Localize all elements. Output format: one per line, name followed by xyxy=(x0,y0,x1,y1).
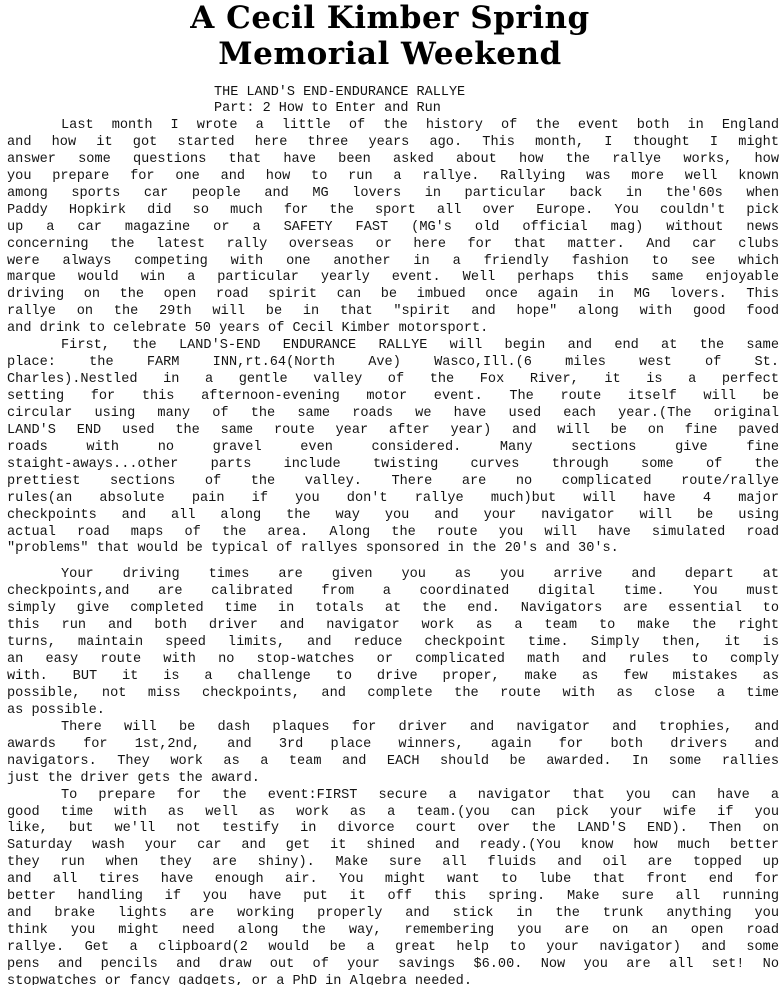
text-line: as possible. xyxy=(7,703,779,720)
text-line: just the driver gets the award. xyxy=(7,771,779,788)
text-line: up a car magazine or a SAFETY FAST (MG's… xyxy=(7,220,779,237)
text-line: an easy route with no stop-watches or co… xyxy=(7,652,779,669)
text-line: Your driving times are given you as you … xyxy=(7,567,779,584)
text-line: Charles).Nestled in a gentle valley of t… xyxy=(7,372,779,389)
text-line: and drink to celebrate 50 years of Cecil… xyxy=(7,321,779,338)
text-line: stopwatches or fancy gadgets, or a PhD i… xyxy=(7,974,779,985)
article-title-line-1: A Cecil Kimber Spring xyxy=(0,0,780,36)
paragraph: First, the LAND'S-END ENDURANCE RALLYE w… xyxy=(7,338,779,558)
text-line: turns, maintain speed limits, and reduce… xyxy=(7,635,779,652)
text-line: were always competing with one another i… xyxy=(7,254,779,271)
paragraph: Your driving times are given you as you … xyxy=(7,567,779,719)
text-line: First, the LAND'S-END ENDURANCE RALLYE w… xyxy=(7,338,779,355)
text-line: staight-aways...other parts include twis… xyxy=(7,457,779,474)
article-body: Last month I wrote a little of the histo… xyxy=(7,118,779,985)
text-line: like, but we'll not testify in divorce c… xyxy=(7,821,779,838)
text-line: Paddy Hopkirk did so much for the sport … xyxy=(7,203,779,220)
text-line: good time with as well as work as a team… xyxy=(7,805,779,822)
article-title-line-2: Memorial Weekend xyxy=(0,36,780,72)
text-line: checkpoints and all along the way you an… xyxy=(7,508,779,525)
article-part-heading: Part: 2 How to Enter and Run xyxy=(214,101,441,116)
text-line: actual road maps of the area. Along the … xyxy=(7,525,779,542)
text-line: roads with no gravel even considered. Ma… xyxy=(7,440,779,457)
text-line: marque would win a particular yearly eve… xyxy=(7,270,779,287)
text-line: possible, not miss checkpoints, and comp… xyxy=(7,686,779,703)
text-line: this run and both driver and navigator w… xyxy=(7,618,779,635)
article-subtitle: THE LAND'S END-ENDURANCE RALLYE xyxy=(214,85,465,100)
text-line: and brake lights are working properly an… xyxy=(7,906,779,923)
text-line: driving on the open road spirit can be i… xyxy=(7,287,779,304)
text-line: simply give completed time in totals at … xyxy=(7,601,779,618)
text-line: place: the FARM INN,rt.64(North Ave) Was… xyxy=(7,355,779,372)
text-line: checkpoints,and are calibrated from a co… xyxy=(7,584,779,601)
paragraph: Last month I wrote a little of the histo… xyxy=(7,118,779,338)
text-line: rallye. Get a clipboard(2 would be a gre… xyxy=(7,940,779,957)
paragraph-spacer xyxy=(7,558,779,567)
text-line: circular using many of the same roads we… xyxy=(7,406,779,423)
text-line: To prepare for the event:FIRST secure a … xyxy=(7,788,779,805)
paragraph: There will be dash plaques for driver an… xyxy=(7,720,779,788)
text-line: with. BUT it is a challenge to drive pro… xyxy=(7,669,779,686)
text-line: among sports car people and MG lovers in… xyxy=(7,186,779,203)
text-line: Saturday wash your car and get it shined… xyxy=(7,838,779,855)
text-line: awards for 1st,2nd, and 3rd place winner… xyxy=(7,737,779,754)
text-line: you prepare for one and how to run a ral… xyxy=(7,169,779,186)
text-line: There will be dash plaques for driver an… xyxy=(7,720,779,737)
text-line: pens and pencils and draw out of your sa… xyxy=(7,957,779,974)
text-line: prettiest sections of the valley. There … xyxy=(7,474,779,491)
text-line: rules(an absolute pain if you don't rall… xyxy=(7,491,779,508)
text-line: Last month I wrote a little of the histo… xyxy=(7,118,779,135)
text-line: concerning the latest rally overseas or … xyxy=(7,237,779,254)
text-line: setting for this afternoon-evening motor… xyxy=(7,389,779,406)
text-line: navigators. They work as a team and EACH… xyxy=(7,754,779,771)
text-line: better handling if you have put it off t… xyxy=(7,889,779,906)
text-line: rallye on the 29th will be in that "spir… xyxy=(7,304,779,321)
text-line: and all tires have enough air. You might… xyxy=(7,872,779,889)
text-line: they run when they are shiny). Make sure… xyxy=(7,855,779,872)
paragraph: To prepare for the event:FIRST secure a … xyxy=(7,788,779,985)
text-line: answer some questions that have been ask… xyxy=(7,152,779,169)
text-line: LAND'S END used the same route year afte… xyxy=(7,423,779,440)
text-line: think you might need along the way, reme… xyxy=(7,923,779,940)
text-line: and how it got started here three years … xyxy=(7,135,779,152)
text-line: "problems" that would be typical of rall… xyxy=(7,541,779,558)
